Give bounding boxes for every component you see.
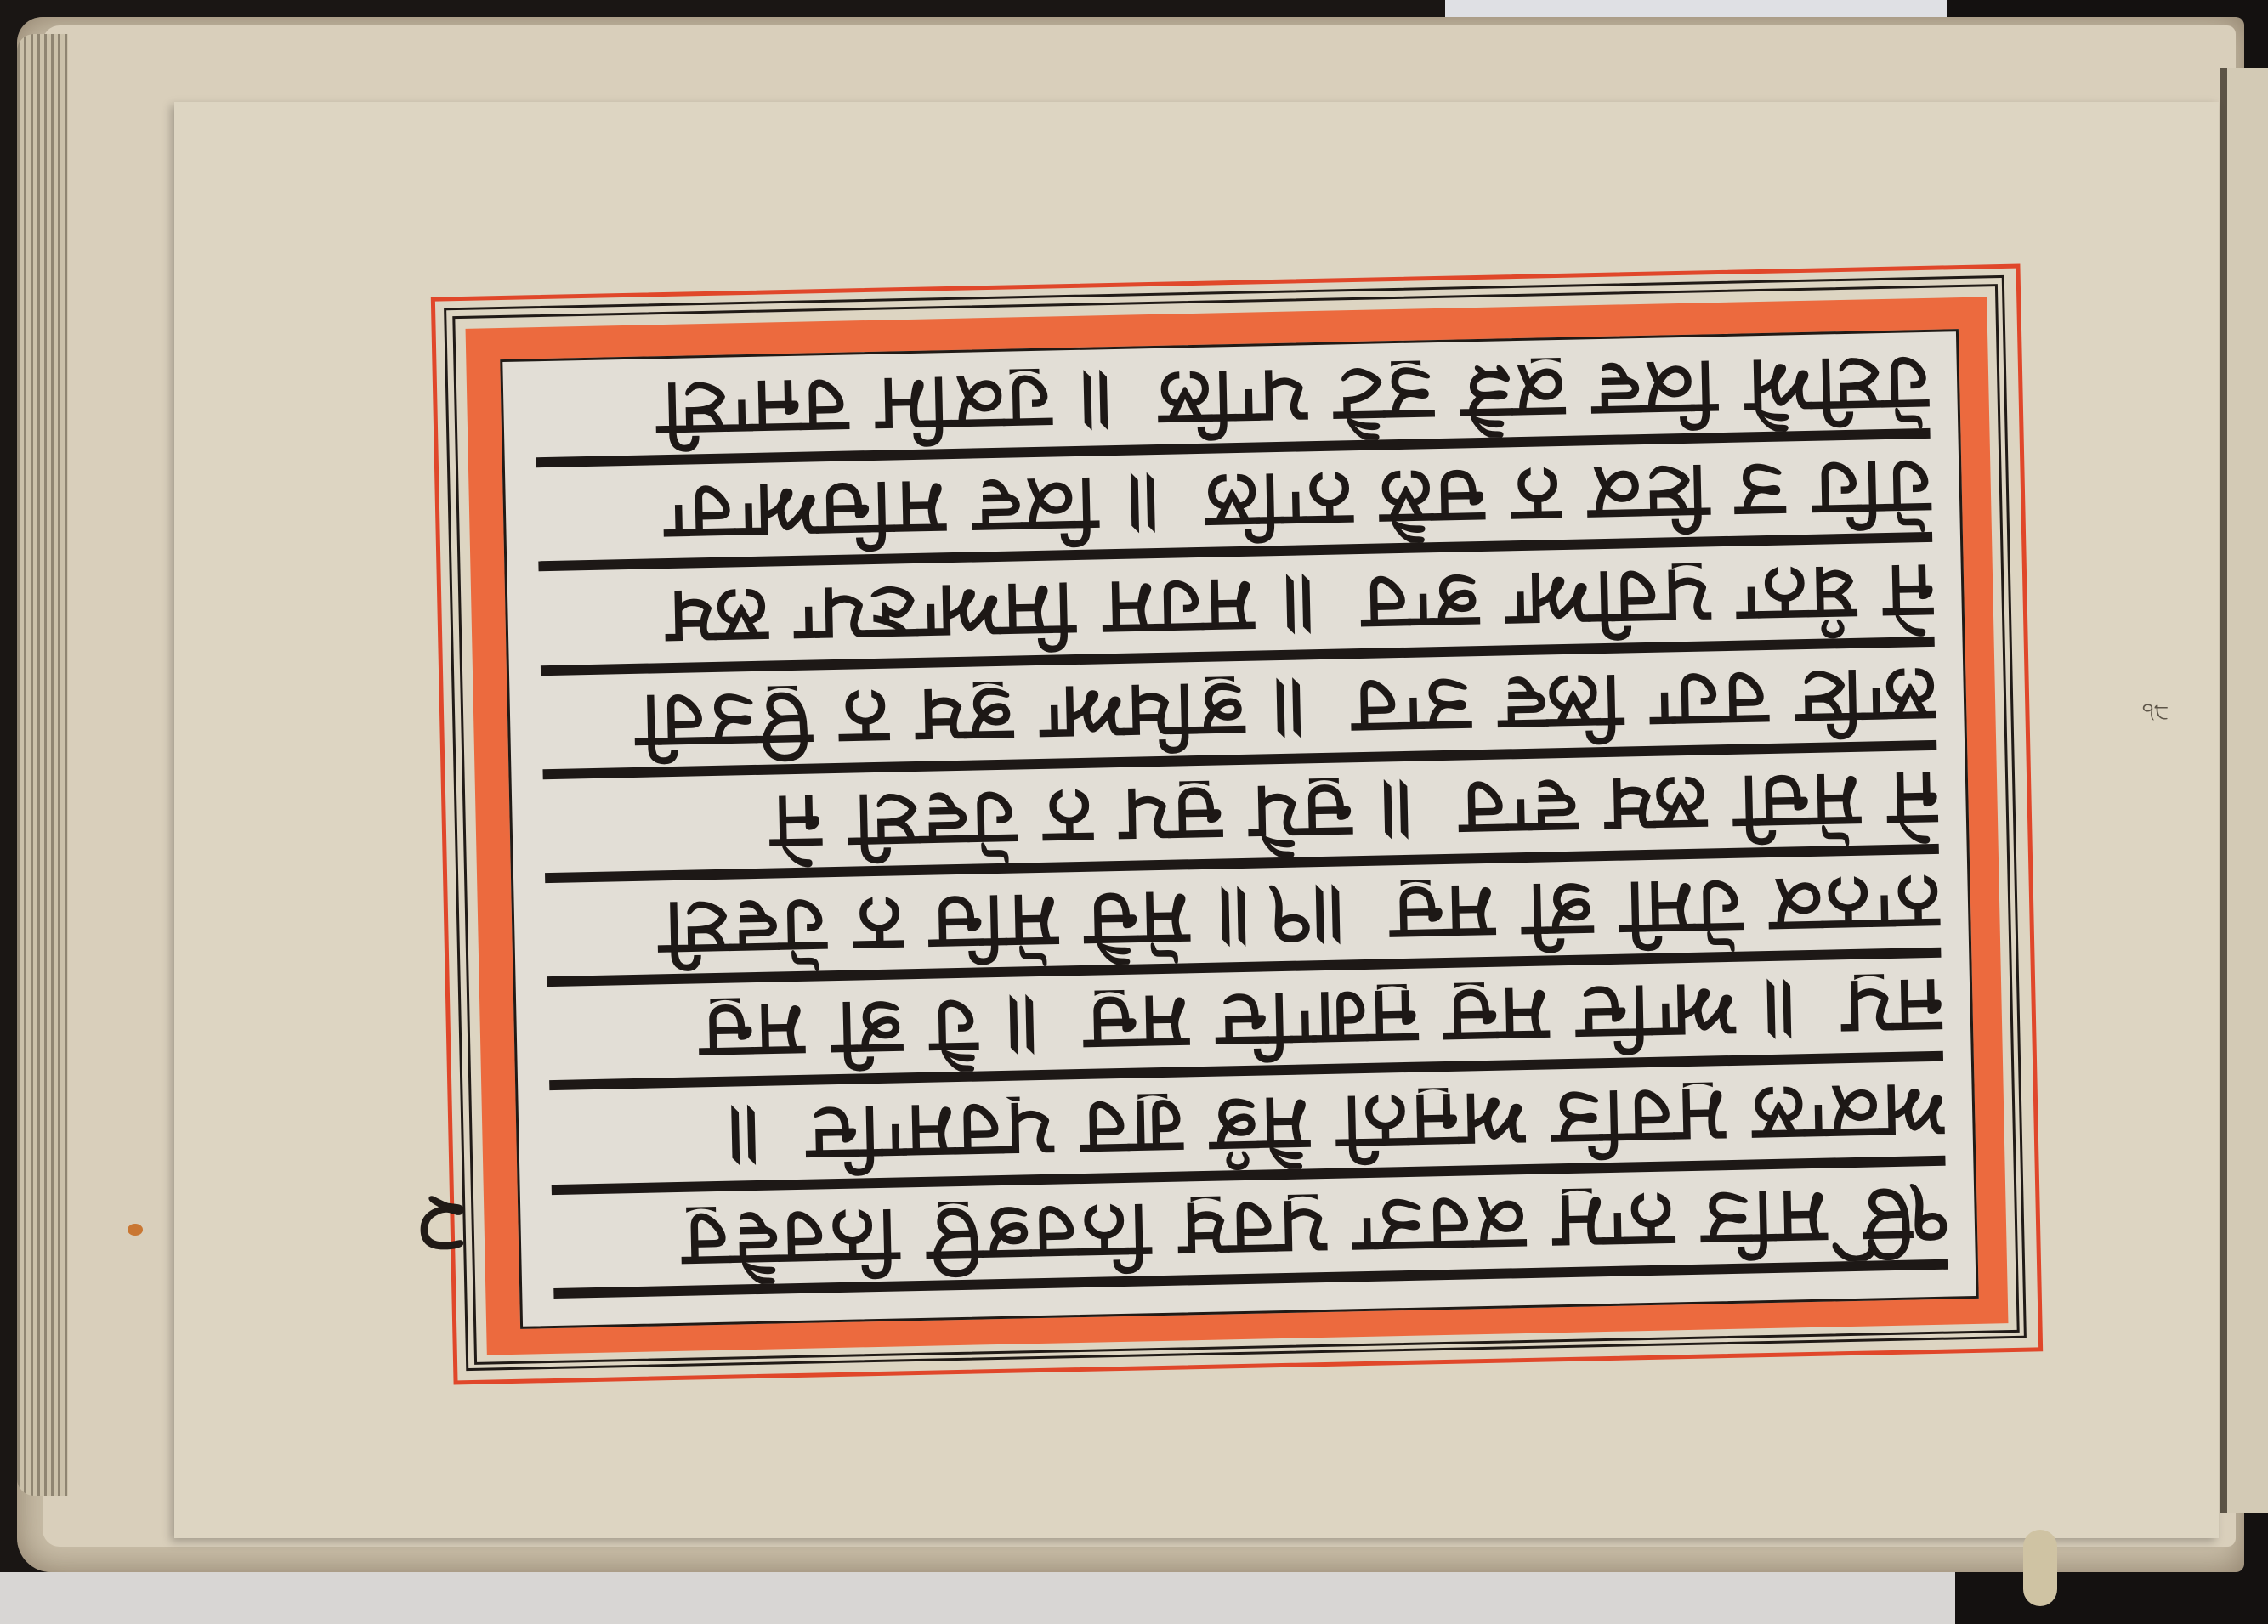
text-line: ਜਪੁ ॥ ਆਦਿ ਸਚੁ ਜੁਗਾਦਿ ਸਚੁ ॥ ਹੈ ਭੀ ਸਚੁ: [547, 973, 1943, 1090]
text-line: ੴ ਸਤਿ ਨਾਮੁ ਕਰਤਾ ਪੁਰਖੁ ਨਿਰਭਉ ਨਿਰਵੈਰੁ: [552, 1181, 1948, 1299]
text-block: ੴ ਸਤਿ ਨਾਮੁ ਕਰਤਾ ਪੁਰਖੁ ਨਿਰਭਉ ਨਿਰਵੈਰੁ ਅਕਾਲ…: [508, 325, 1974, 1323]
facing-page-edge: [2220, 68, 2268, 1513]
text-line: ਜੇ ਸੋਚੀ ਲਖ ਵਾਰ ॥ ਚੁਪੈ ਚੁਪ ਨ ਹੋਵਈ ਜੇ: [543, 766, 1939, 883]
page-stack-edge: [17, 34, 68, 1496]
folio-number: ੨: [417, 1181, 464, 1272]
text-line: ਹੋਈਐ ਕਿਵ ਕੂੜੈ ਤੁਟੈ ਪਾਲਿ ॥ ਹੁਕਮਿ ਰਜਾਈ: [535, 350, 1931, 467]
text-line: ਹੋਹਿ ਤ ਇਕ ਨ ਚਲੈ ਨਾਲਿ ॥ ਕਿਵ ਸਚਿਆਰਾ: [536, 454, 1932, 571]
text-line: ਅਕਾਲ ਮੂਰਤਿ ਅਜੂਨੀ ਸੈਭੰ ਗੁਰ ਪ੍ਰਸਾਦਿ ॥: [550, 1077, 1946, 1194]
margin-pencil-mark: ੧੮: [2142, 699, 2169, 725]
stain-spot: [128, 1224, 143, 1236]
text-line: ਨਾਨਕ ਹੋਸੀ ਭੀ ਸਚੁ ॥੧॥ ਸੋਚੈ ਸੋਚਿ ਨ ਹੋਵਈ: [546, 869, 1942, 987]
text-line: ਜੇ ਬੰਨਾ ਪੁਰੀਆ ਭਾਰ ॥ ਸਹਸ ਸਿਆਣਪਾ ਲਖ: [539, 557, 1935, 675]
binding-thread: [2023, 1530, 2057, 1606]
text-line: ਲਾਇ ਰਹਾ ਲਿਵ ਤਾਰ ॥ ਭੁਖਿਆ ਭੁਖ ਨ ਉਤਰੀ: [541, 662, 1937, 779]
background-table-surface: [0, 1572, 1955, 1624]
